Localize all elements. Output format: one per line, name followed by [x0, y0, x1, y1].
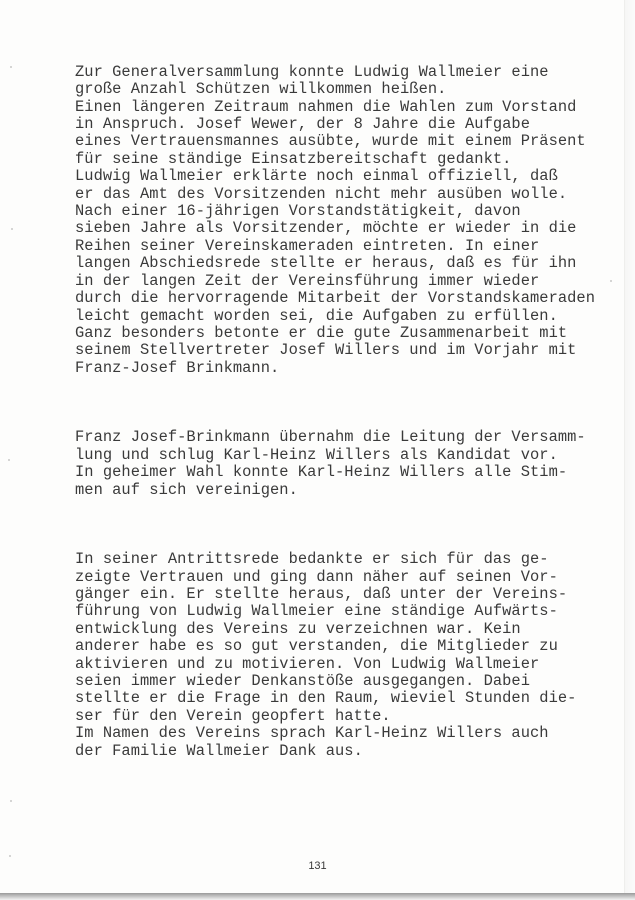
scan-speck [9, 855, 11, 857]
text-line: entwicklung des Vereins zu verzeichnen w… [75, 621, 595, 638]
text-line: ser für den Verein geopfert hatte. [75, 708, 595, 725]
text-line: in der langen Zeit der Vereinsführung im… [75, 273, 595, 290]
text-line: Ganz besonders betonte er die gute Zusam… [75, 325, 595, 342]
text-line: der Familie Wallmeier Dank aus. [75, 743, 595, 760]
scan-speck [10, 800, 12, 802]
text-line: stellte er die Frage in den Raum, wievie… [75, 690, 595, 707]
text-line: leicht gemacht worden sei, die Aufgaben … [75, 308, 595, 325]
text-line: Zur Generalversammlung konnte Ludwig Wal… [75, 64, 595, 81]
page-bottom-edge [0, 893, 635, 900]
scan-speck [120, 730, 122, 732]
text-line: durch die hervorragende Mitarbeit der Vo… [75, 290, 595, 307]
text-line: in Anspruch. Josef Wewer, der 8 Jahre di… [75, 116, 595, 133]
text-line: Einen längeren Zeitraum nahmen die Wahle… [75, 99, 595, 116]
scanned-page: Zur Generalversammlung konnte Ludwig Wal… [0, 0, 635, 893]
document-body: Zur Generalversammlung konnte Ludwig Wal… [75, 29, 595, 795]
text-line: für seine ständige Einsatzbereitschaft g… [75, 151, 595, 168]
text-line: seinem Stellvertreter Josef Willers und … [75, 342, 595, 359]
scan-speck [8, 459, 10, 461]
paragraph-inaugural-speech: In seiner Antrittsrede bedankte er sich … [75, 551, 595, 760]
text-line: In geheimer Wahl konnte Karl-Heinz Wille… [75, 464, 595, 481]
scan-speck [10, 66, 12, 68]
scan-speck [610, 280, 612, 282]
text-line: führung von Ludwig Wallmeier eine ständi… [75, 603, 595, 620]
text-line: Reihen seiner Vereinskameraden eintreten… [75, 238, 595, 255]
paragraph-general-assembly: Zur Generalversammlung konnte Ludwig Wal… [75, 64, 595, 377]
text-line: Im Namen des Vereins sprach Karl-Heinz W… [75, 725, 595, 742]
text-line: Ludwig Wallmeier erklärte noch einmal of… [75, 168, 595, 185]
text-line: langen Abschiedsrede stellte er heraus, … [75, 255, 595, 272]
text-line: gänger ein. Er stellte heraus, daß unter… [75, 586, 595, 603]
text-line: In seiner Antrittsrede bedankte er sich … [75, 551, 595, 568]
text-line: aktivieren und zu motivieren. Von Ludwig… [75, 656, 595, 673]
text-line: er das Amt des Vorsitzenden nicht mehr a… [75, 186, 595, 203]
paragraph-election: Franz Josef-Brinkmann übernahm die Leitu… [75, 429, 595, 499]
text-line: men auf sich vereinigen. [75, 482, 595, 499]
text-line: eines Vertrauensmannes ausübte, wurde mi… [75, 133, 595, 150]
text-line: lung und schlug Karl-Heinz Willers als K… [75, 447, 595, 464]
text-line: anderer habe es so gut verstanden, die M… [75, 638, 595, 655]
text-line: zeigte Vertrauen und ging dann näher auf… [75, 569, 595, 586]
text-line: große Anzahl Schützen willkommen heißen. [75, 81, 595, 98]
scan-speck [11, 228, 13, 230]
text-line: Franz Josef-Brinkmann übernahm die Leitu… [75, 429, 595, 446]
page-right-edge [624, 0, 635, 893]
text-line: Nach einer 16-jährigen Vorstandstätigkei… [75, 203, 595, 220]
text-line: seien immer wieder Denkanstöße ausgegang… [75, 673, 595, 690]
text-line: sieben Jahre als Vorsitzender, möchte er… [75, 220, 595, 237]
text-line: Franz-Josef Brinkmann. [75, 360, 595, 377]
page-number: 131 [0, 860, 635, 872]
